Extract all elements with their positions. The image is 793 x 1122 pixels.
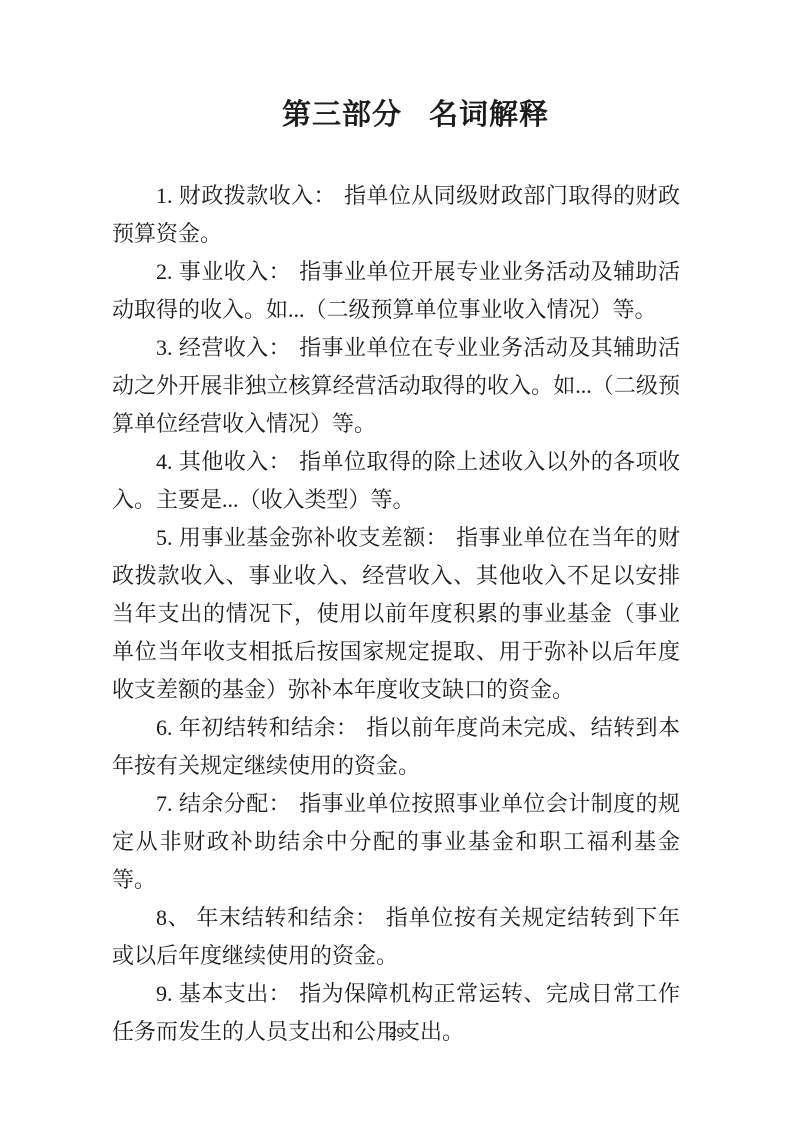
definition-number: 2.: [156, 259, 173, 284]
definition-number: 8、: [156, 905, 190, 930]
definitions-list: 1.财政拨款收入：指单位从同级财政部门取得的财政预算资金。 2.事业收入：指事业…: [112, 177, 680, 1051]
definition-item-6: 6.年初结转和结余：指以前年度尚未完成、结转到本年按有关规定继续使用的资金。: [112, 709, 680, 785]
definition-number: 1.: [156, 183, 173, 208]
definition-item-3: 3.经营收入：指事业单位在专业业务活动及其辅助活动之外开展非独立核算经营活动取得…: [112, 329, 680, 443]
definition-number: 4.: [156, 449, 173, 474]
definition-item-5: 5.用事业基金弥补收支差额：指事业单位在当年的财政拨款收入、事业收入、经营收入、…: [112, 519, 680, 709]
definition-number: 3.: [156, 335, 173, 360]
definition-number: 6.: [156, 715, 173, 740]
definition-number: 9.: [156, 981, 173, 1006]
definition-term: 结余分配：: [179, 791, 292, 816]
definition-number: 7.: [156, 791, 173, 816]
definition-term: 其他收入：: [179, 449, 292, 474]
definition-item-1: 1.财政拨款收入：指单位从同级财政部门取得的财政预算资金。: [112, 177, 680, 253]
definition-term: 基本支出：: [179, 981, 292, 1006]
definition-term: 年初结转和结余：: [179, 715, 359, 740]
page-number: 29: [0, 1024, 793, 1040]
definition-item-4: 4.其他收入：指单位取得的除上述收入以外的各项收入。主要是...（收入类型）等。: [112, 443, 680, 519]
definition-number: 5.: [156, 525, 173, 550]
definition-term: 用事业基金弥补收支差额：: [179, 525, 449, 550]
definition-term: 年末结转和结余：: [196, 905, 377, 930]
section-title: 第三部分 名词解释: [19, 0, 793, 133]
definition-text: 指事业单位在当年的财政拨款收入、事业收入、经营收入、其他收入不足以安排当年支出的…: [112, 525, 680, 702]
definition-term: 事业收入：: [179, 259, 292, 284]
definition-item-8: 8、年末结转和结余：指单位按有关规定结转到下年或以后年度继续使用的资金。: [112, 899, 680, 975]
definition-item-2: 2.事业收入：指事业单位开展专业业务活动及辅助活动取得的收入。如...（二级预算…: [112, 253, 680, 329]
definition-term: 财政拨款收入：: [179, 183, 336, 208]
definition-term: 经营收入：: [179, 335, 292, 360]
definition-item-7: 7.结余分配：指事业单位按照事业单位会计制度的规定从非财政补助结余中分配的事业基…: [112, 785, 680, 899]
document-page: 第三部分 名词解释 1.财政拨款收入：指单位从同级财政部门取得的财政预算资金。 …: [0, 0, 793, 1122]
